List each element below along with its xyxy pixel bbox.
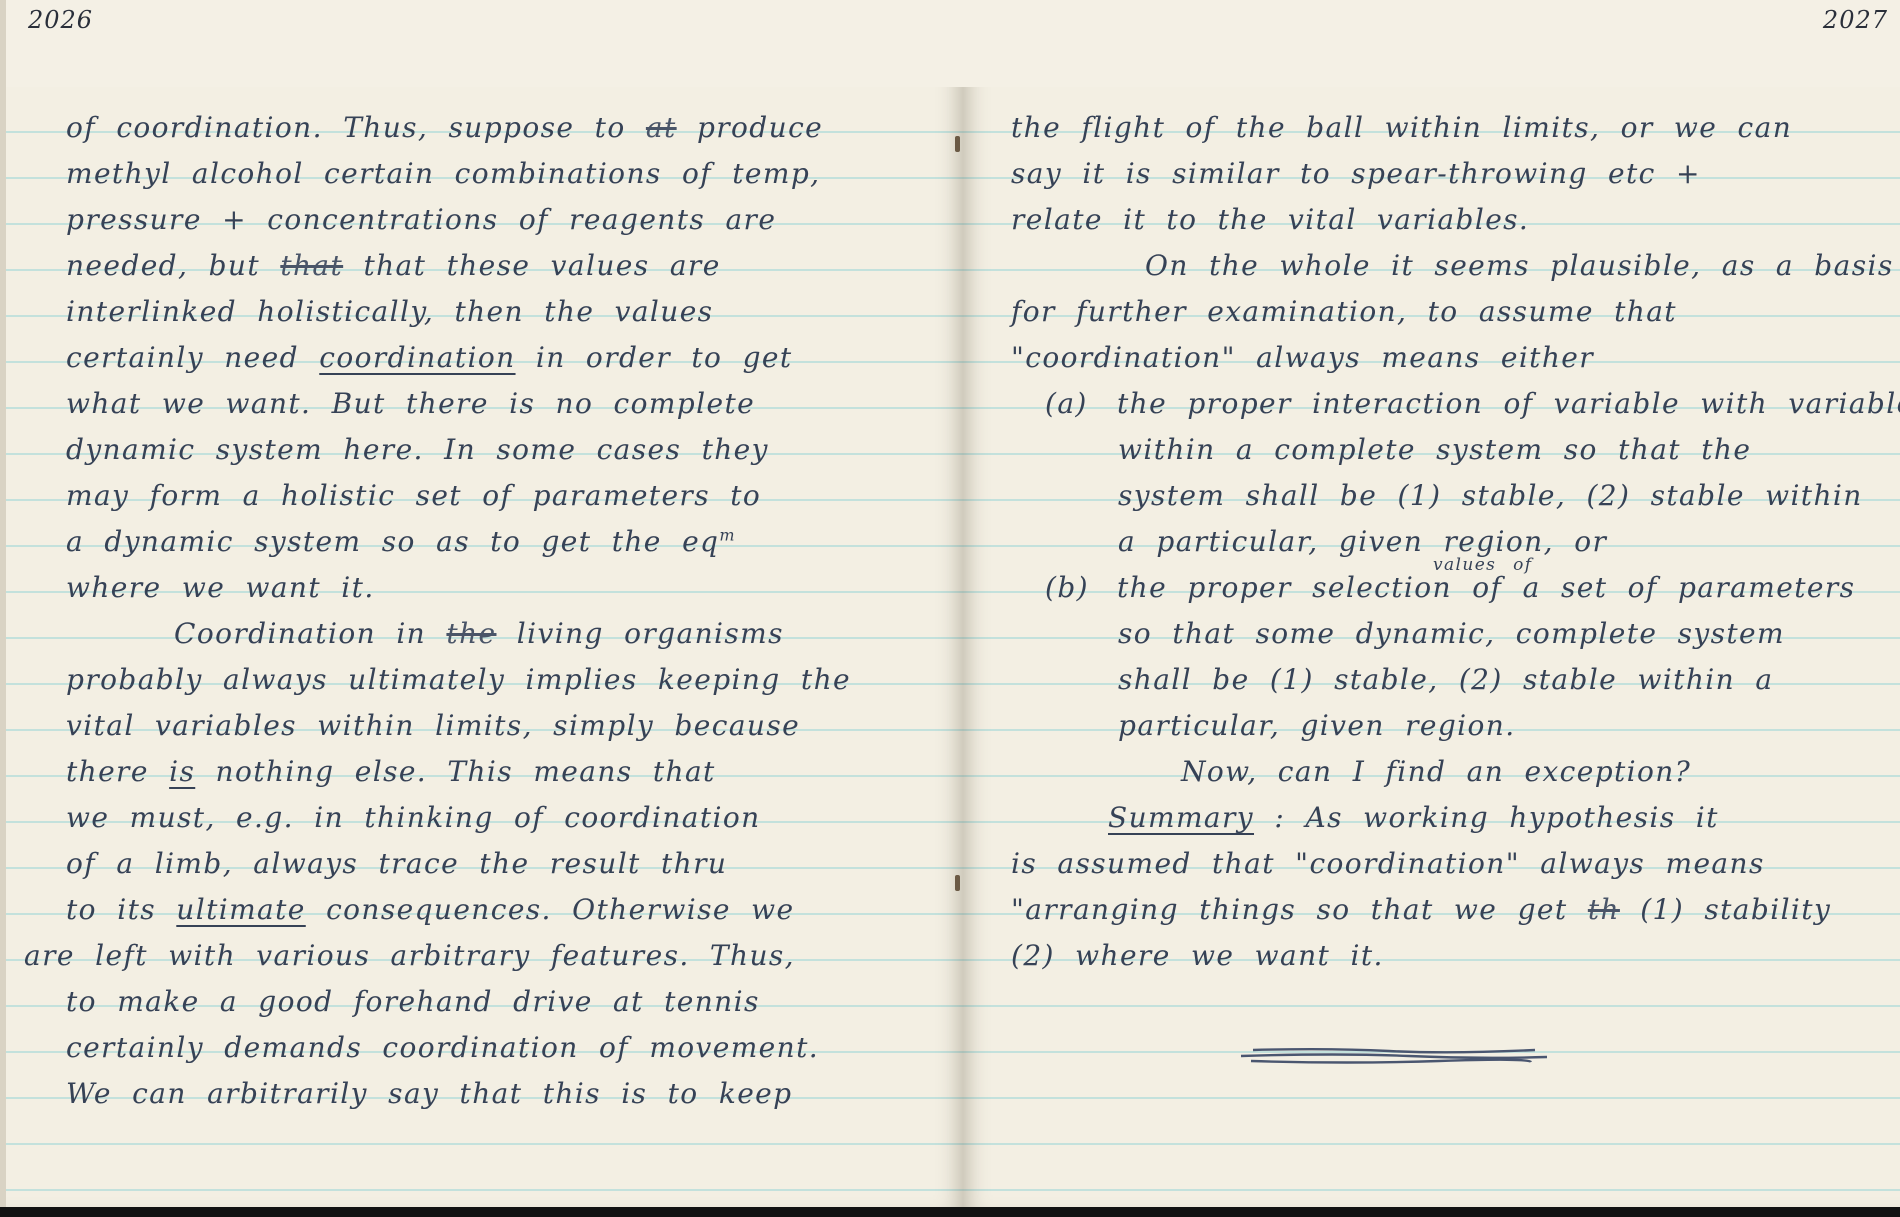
spine-stitch-icon bbox=[955, 875, 960, 891]
line-text: a set of parameters bbox=[1523, 571, 1856, 604]
handwritten-line: say it is similar to spear-throwing etc … bbox=[963, 151, 1900, 197]
handwritten-line: pressure + concentrations of reagents ar… bbox=[6, 197, 963, 243]
line-text: to its bbox=[66, 893, 176, 926]
handwritten-line: On the whole it seems plausible, as a ba… bbox=[963, 243, 1900, 289]
line-text: for further examination, to assume that bbox=[1011, 295, 1677, 328]
line-text: "coordination" always means either bbox=[1011, 341, 1594, 374]
page-number-right: 2027 bbox=[1823, 6, 1888, 34]
line-text: (2) where we want it. bbox=[1011, 939, 1384, 972]
struck-out-word: th bbox=[1588, 893, 1620, 926]
handwritten-line: so that some dynamic, complete system bbox=[963, 611, 1900, 657]
handwritten-line: interlinked holistically, then the value… bbox=[6, 289, 963, 335]
right-page: 2027 the flight of the ball within limit… bbox=[963, 0, 1900, 1207]
line-text: there bbox=[66, 755, 169, 788]
handwritten-line: "arranging things so that we get th (1) … bbox=[963, 887, 1900, 933]
handwritten-line: what we want. But there is no complete bbox=[6, 381, 963, 427]
line-text: within a complete system so that the bbox=[1118, 433, 1751, 466]
inserted-text: values of bbox=[1433, 557, 1532, 574]
page-number-left: 2026 bbox=[28, 6, 93, 34]
line-text: in order to get bbox=[516, 341, 793, 374]
line-text: pressure + concentrations of reagents ar… bbox=[66, 203, 776, 236]
struck-out-word: that bbox=[280, 249, 343, 282]
line-text: the proper selection of bbox=[1117, 571, 1523, 604]
line-text: the flight of the ball within limits, or… bbox=[1011, 111, 1792, 144]
handwritten-line: (b)the proper selection of values ofa se… bbox=[963, 565, 1900, 611]
handwritten-line: there is nothing else. This means that bbox=[6, 749, 963, 795]
line-text: We can arbitrarily say that this is to k… bbox=[66, 1077, 792, 1110]
page-header-band bbox=[6, 0, 963, 87]
line-text: living organisms bbox=[496, 617, 783, 650]
line-text: particular, given region. bbox=[1118, 709, 1516, 742]
left-page: 2026 of coordination. Thus, suppose to a… bbox=[0, 0, 963, 1207]
line-text: of coordination. Thus, suppose to bbox=[66, 111, 646, 144]
handwritten-line: methyl alcohol certain combinations of t… bbox=[6, 151, 963, 197]
handwritten-line: the flight of the ball within limits, or… bbox=[963, 105, 1900, 151]
struck-out-word: the bbox=[446, 617, 496, 650]
line-text: certainly need bbox=[66, 341, 319, 374]
handwritten-line: needed, but that that these values are bbox=[6, 243, 963, 289]
line-text: shall be (1) stable, (2) stable within a bbox=[1118, 663, 1773, 696]
handwritten-line: to its ultimate consequences. Otherwise … bbox=[6, 887, 963, 933]
left-page-text: of coordination. Thus, suppose to at pro… bbox=[6, 105, 963, 1117]
line-text: so that some dynamic, complete system bbox=[1118, 617, 1785, 650]
line-text: may form a holistic set of parameters to bbox=[66, 479, 761, 512]
line-text: : As working hypothesis it bbox=[1254, 801, 1719, 834]
line-text: of a limb, always trace the result thru bbox=[66, 847, 727, 880]
handwritten-line: within a complete system so that the bbox=[963, 427, 1900, 473]
line-text: a particular, given region, or bbox=[1118, 525, 1607, 558]
line-text: dynamic system here. In some cases they bbox=[66, 433, 769, 466]
handwritten-line: certainly demands coordination of moveme… bbox=[6, 1025, 963, 1071]
notebook-spread: 2026 of coordination. Thus, suppose to a… bbox=[0, 0, 1900, 1207]
line-text: nothing else. This means that bbox=[195, 755, 715, 788]
handwritten-line: vital variables within limits, simply be… bbox=[6, 703, 963, 749]
handwritten-line: is assumed that "coordination" always me… bbox=[963, 841, 1900, 887]
handwritten-line: dynamic system here. In some cases they bbox=[6, 427, 963, 473]
end-flourish-icon bbox=[1239, 1047, 1549, 1065]
list-marker: (a) bbox=[1045, 381, 1117, 427]
struck-out-word: at bbox=[646, 111, 677, 144]
handwritten-line: system shall be (1) stable, (2) stable w… bbox=[963, 473, 1900, 519]
line-text: a dynamic system so as to get the eq bbox=[66, 525, 719, 558]
line-text: what we want. But there is no complete bbox=[66, 387, 755, 420]
handwritten-line: shall be (1) stable, (2) stable within a bbox=[963, 657, 1900, 703]
line-text: system shall be (1) stable, (2) stable w… bbox=[1118, 479, 1863, 512]
handwritten-line: We can arbitrarily say that this is to k… bbox=[6, 1071, 963, 1117]
superscript-text: m bbox=[719, 526, 736, 545]
line-text: methyl alcohol certain combinations of t… bbox=[66, 157, 820, 190]
handwritten-line: to make a good forehand drive at tennis bbox=[6, 979, 963, 1025]
line-text: are left with various arbitrary features… bbox=[24, 939, 795, 972]
handwritten-line: (a)the proper interaction of variable wi… bbox=[963, 381, 1900, 427]
handwritten-line: a dynamic system so as to get the eqm bbox=[6, 519, 963, 565]
handwritten-line: are left with various arbitrary features… bbox=[6, 933, 963, 979]
line-text: the proper interaction of variable with … bbox=[1117, 387, 1900, 420]
underlined-word: coordination bbox=[319, 341, 515, 374]
line-text: (1) stability bbox=[1620, 893, 1831, 926]
spine-stitch-icon bbox=[955, 136, 960, 152]
line-text: consequences. Otherwise we bbox=[306, 893, 795, 926]
handwritten-line: where we want it. bbox=[6, 565, 963, 611]
underlined-word: ultimate bbox=[176, 893, 305, 926]
line-text: probably always ultimately implies keepi… bbox=[66, 663, 851, 696]
line-text: On the whole it seems plausible, as a ba… bbox=[1145, 249, 1894, 282]
underlined-word: is bbox=[169, 755, 195, 788]
underlined-word: Summary bbox=[1108, 801, 1254, 834]
line-text: produce bbox=[677, 111, 823, 144]
handwritten-line: for further examination, to assume that bbox=[963, 289, 1900, 335]
line-text: Now, can I find an exception? bbox=[1181, 755, 1691, 788]
handwritten-line: particular, given region. bbox=[963, 703, 1900, 749]
line-text: "arranging things so that we get bbox=[1011, 893, 1588, 926]
line-text: certainly demands coordination of moveme… bbox=[66, 1031, 819, 1064]
line-text: interlinked holistically, then the value… bbox=[66, 295, 713, 328]
list-marker: (b) bbox=[1045, 565, 1117, 611]
handwritten-line: of coordination. Thus, suppose to at pro… bbox=[6, 105, 963, 151]
line-text: to make a good forehand drive at tennis bbox=[66, 985, 760, 1018]
handwritten-line: "coordination" always means either bbox=[963, 335, 1900, 381]
handwritten-line: Now, can I find an exception? bbox=[963, 749, 1900, 795]
handwritten-line: of a limb, always trace the result thru bbox=[6, 841, 963, 887]
handwritten-line: we must, e.g. in thinking of coordinatio… bbox=[6, 795, 963, 841]
page-header-band bbox=[963, 0, 1900, 87]
handwritten-line: may form a holistic set of parameters to bbox=[6, 473, 963, 519]
handwritten-line: Coordination in the living organisms bbox=[6, 611, 963, 657]
handwritten-line: (2) where we want it. bbox=[963, 933, 1900, 979]
line-text: where we want it. bbox=[66, 571, 375, 604]
line-text: say it is similar to spear-throwing etc … bbox=[1011, 157, 1701, 190]
line-text: relate it to the vital variables. bbox=[1011, 203, 1529, 236]
line-text: Coordination in bbox=[174, 617, 446, 650]
right-page-text: the flight of the ball within limits, or… bbox=[963, 105, 1900, 979]
background-edge bbox=[0, 1207, 1900, 1217]
handwritten-line: certainly need coordination in order to … bbox=[6, 335, 963, 381]
handwritten-line: a particular, given region, or bbox=[963, 519, 1900, 565]
handwritten-line: probably always ultimately implies keepi… bbox=[6, 657, 963, 703]
line-text: that these values are bbox=[343, 249, 721, 282]
line-text: vital variables within limits, simply be… bbox=[66, 709, 800, 742]
handwritten-line: Summary : As working hypothesis it bbox=[963, 795, 1900, 841]
line-text: we must, e.g. in thinking of coordinatio… bbox=[66, 801, 761, 834]
line-text: is assumed that "coordination" always me… bbox=[1011, 847, 1765, 880]
line-text: needed, but bbox=[66, 249, 280, 282]
handwritten-line: relate it to the vital variables. bbox=[963, 197, 1900, 243]
